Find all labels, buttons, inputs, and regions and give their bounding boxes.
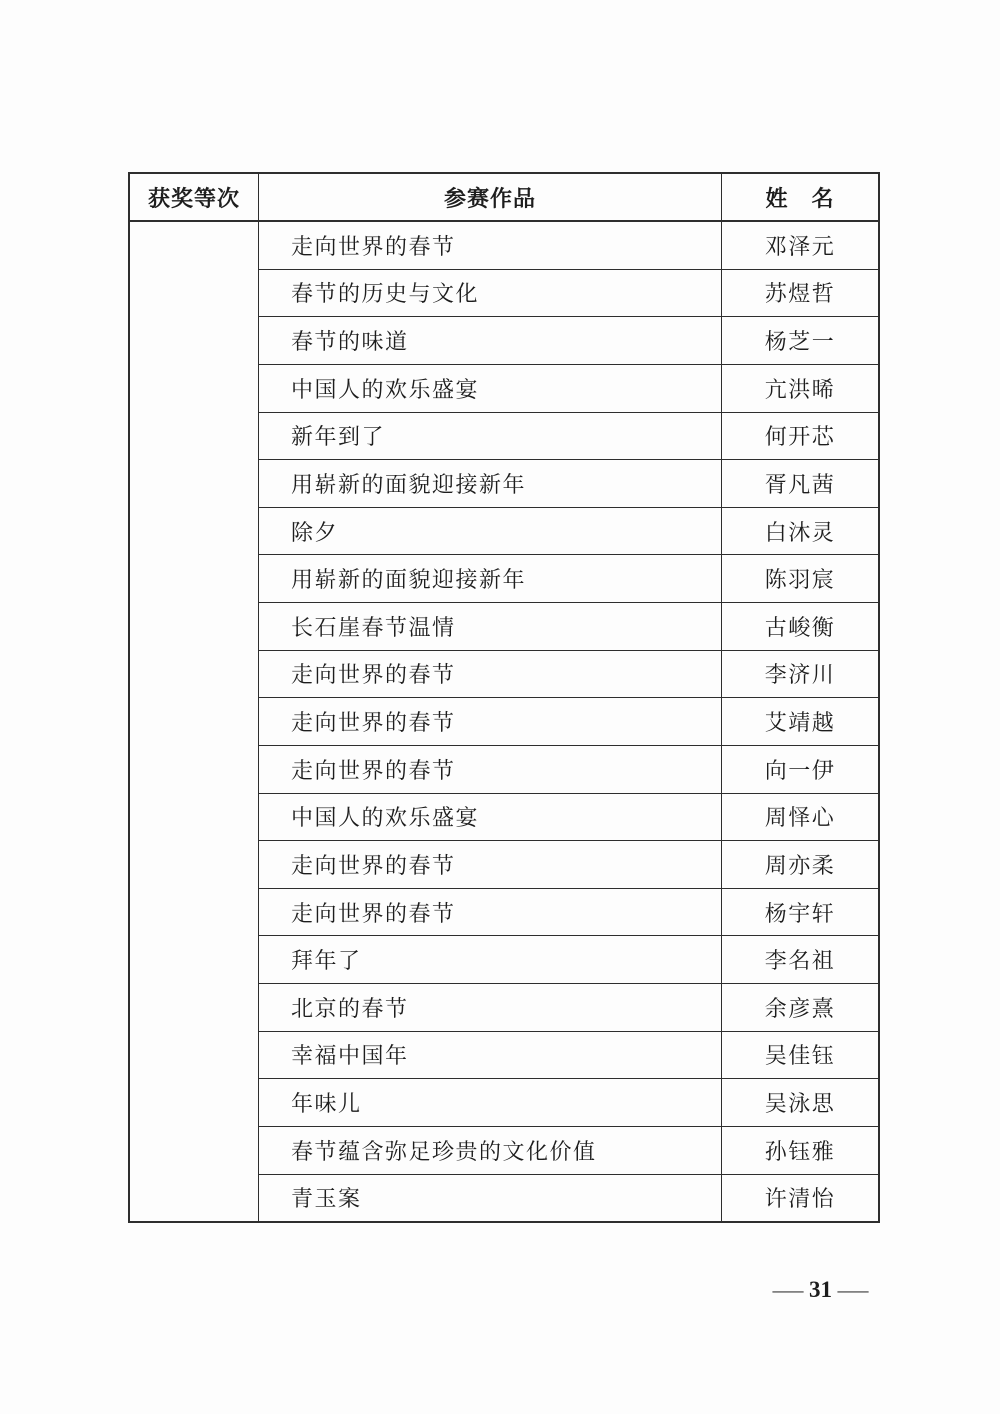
page-number-left-dash: — xyxy=(773,1277,804,1303)
name-cell: 苏煜哲 xyxy=(722,270,878,317)
work-cell: 中国人的欢乐盛宴 xyxy=(259,794,722,841)
name-cell: 胥凡茜 xyxy=(722,460,878,507)
name-cell: 邓泽元 xyxy=(722,222,878,269)
work-cell: 走向世界的春节 xyxy=(259,698,722,745)
work-cell: 走向世界的春节 xyxy=(259,746,722,793)
name-cell: 杨芝一 xyxy=(722,317,878,364)
name-cell: 何开芯 xyxy=(722,413,878,460)
award-level-merged-cell xyxy=(130,222,259,1221)
table-row: 中国人的欢乐盛宴 亢洪晞 xyxy=(259,365,878,413)
name-cell: 孙钰雅 xyxy=(722,1127,878,1174)
name-cell: 古峻衡 xyxy=(722,603,878,650)
header-award-level: 获奖等次 xyxy=(130,174,259,220)
table-row: 走向世界的春节 邓泽元 xyxy=(259,222,878,270)
table-row: 幸福中国年 吴佳钰 xyxy=(259,1032,878,1080)
table-row: 春节的历史与文化 苏煜哲 xyxy=(259,270,878,318)
name-cell: 李名祖 xyxy=(722,936,878,983)
name-cell: 许清怡 xyxy=(722,1175,878,1222)
award-results-table: 获奖等次 参赛作品 姓 名 走向世界的春节 邓泽元 春节的历史与文化 苏煜哲 春… xyxy=(128,172,880,1223)
table-row: 用崭新的面貌迎接新年 陈羽宸 xyxy=(259,555,878,603)
table-row: 拜年了 李名祖 xyxy=(259,936,878,984)
work-cell: 春节的味道 xyxy=(259,317,722,364)
page-number-value: 31 xyxy=(809,1277,832,1303)
work-cell: 拜年了 xyxy=(259,936,722,983)
table-row: 走向世界的春节 周亦柔 xyxy=(259,841,878,889)
name-cell: 周怿心 xyxy=(722,794,878,841)
table-row: 新年到了 何开芯 xyxy=(259,413,878,461)
header-name: 姓 名 xyxy=(722,174,878,220)
table-row: 长石崖春节温情 古峻衡 xyxy=(259,603,878,651)
table-row: 除夕 白沐灵 xyxy=(259,508,878,556)
work-cell: 用崭新的面貌迎接新年 xyxy=(259,460,722,507)
work-cell: 走向世界的春节 xyxy=(259,651,722,698)
work-cell: 用崭新的面貌迎接新年 xyxy=(259,555,722,602)
table-row: 青玉案 许清怡 xyxy=(259,1175,878,1222)
name-cell: 艾靖越 xyxy=(722,698,878,745)
table-row: 走向世界的春节 杨宇轩 xyxy=(259,889,878,937)
document-page: 获奖等次 参赛作品 姓 名 走向世界的春节 邓泽元 春节的历史与文化 苏煜哲 春… xyxy=(0,0,1000,1414)
work-cell: 长石崖春节温情 xyxy=(259,603,722,650)
work-cell: 走向世界的春节 xyxy=(259,841,722,888)
name-cell: 吴佳钰 xyxy=(722,1032,878,1079)
table-row: 走向世界的春节 李济川 xyxy=(259,651,878,699)
name-cell: 余彦熹 xyxy=(722,984,878,1031)
page-number-right-dash: — xyxy=(838,1277,869,1303)
table-row: 北京的春节 余彦熹 xyxy=(259,984,878,1032)
work-cell: 春节的历史与文化 xyxy=(259,270,722,317)
work-cell: 中国人的欢乐盛宴 xyxy=(259,365,722,412)
table-rows: 走向世界的春节 邓泽元 春节的历史与文化 苏煜哲 春节的味道 杨芝一 中国人的欢… xyxy=(259,222,878,1221)
name-cell: 向一伊 xyxy=(722,746,878,793)
table-row: 中国人的欢乐盛宴 周怿心 xyxy=(259,794,878,842)
name-cell: 杨宇轩 xyxy=(722,889,878,936)
work-cell: 幸福中国年 xyxy=(259,1032,722,1079)
name-cell: 陈羽宸 xyxy=(722,555,878,602)
work-cell: 走向世界的春节 xyxy=(259,889,722,936)
table-row: 春节蕴含弥足珍贵的文化价值 孙钰雅 xyxy=(259,1127,878,1175)
name-cell: 白沐灵 xyxy=(722,508,878,555)
work-cell: 春节蕴含弥足珍贵的文化价值 xyxy=(259,1127,722,1174)
header-work: 参赛作品 xyxy=(259,174,722,220)
table-row: 走向世界的春节 艾靖越 xyxy=(259,698,878,746)
table-row: 春节的味道 杨芝一 xyxy=(259,317,878,365)
page-number: — 31 — xyxy=(777,1277,864,1303)
work-cell: 走向世界的春节 xyxy=(259,222,722,269)
work-cell: 年味儿 xyxy=(259,1079,722,1126)
table-row: 年味儿 吴泳思 xyxy=(259,1079,878,1127)
name-cell: 周亦柔 xyxy=(722,841,878,888)
name-cell: 吴泳思 xyxy=(722,1079,878,1126)
name-cell: 李济川 xyxy=(722,651,878,698)
work-cell: 新年到了 xyxy=(259,413,722,460)
work-cell: 除夕 xyxy=(259,508,722,555)
work-cell: 青玉案 xyxy=(259,1175,722,1222)
work-cell: 北京的春节 xyxy=(259,984,722,1031)
table-header-row: 获奖等次 参赛作品 姓 名 xyxy=(130,174,878,222)
name-cell: 亢洪晞 xyxy=(722,365,878,412)
table-body: 走向世界的春节 邓泽元 春节的历史与文化 苏煜哲 春节的味道 杨芝一 中国人的欢… xyxy=(130,222,878,1221)
table-row: 走向世界的春节 向一伊 xyxy=(259,746,878,794)
table-row: 用崭新的面貌迎接新年 胥凡茜 xyxy=(259,460,878,508)
